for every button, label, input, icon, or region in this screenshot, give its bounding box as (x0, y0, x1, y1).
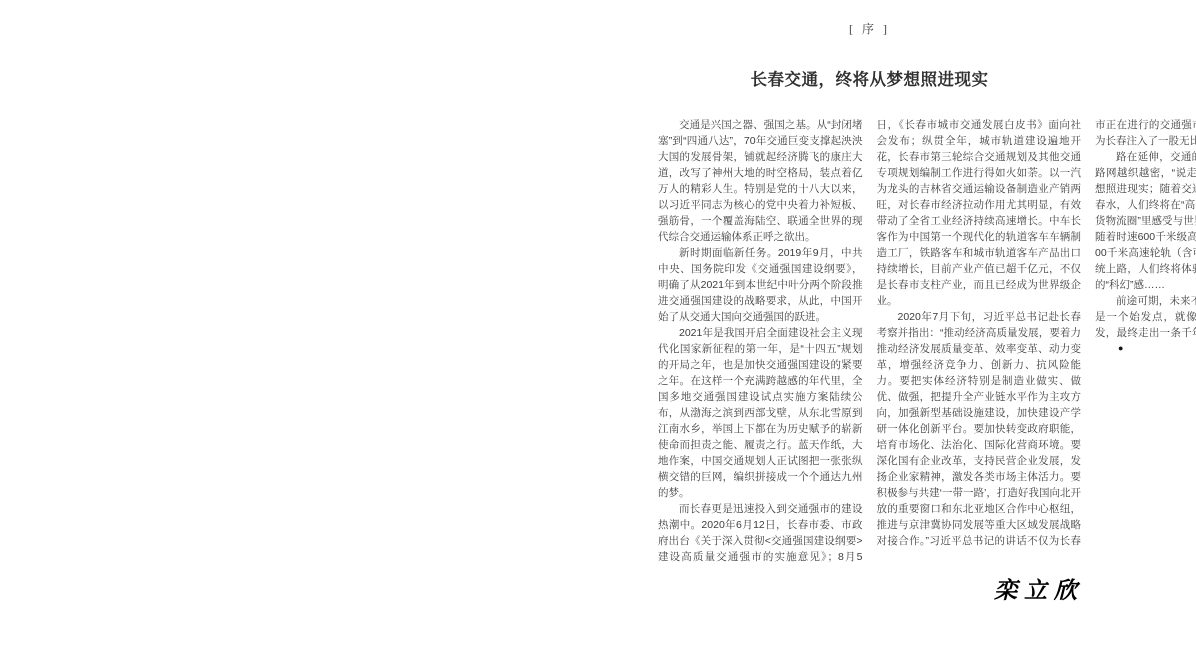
preface-document: [ 序 ] 长春交通，终将从梦想照进现实 交通是兴国之器、强国之基。从“封闭堵塞… (658, 20, 1081, 567)
body-text-columns: 交通是兴国之器、强国之基。从“封闭堵塞”到“四通八达”，70年交通巨变支撑起泱泱… (658, 117, 1081, 567)
author-signature: 栾立欣 (994, 572, 1084, 605)
body-paragraph: 前途可期，未来不远，脚下的2021年只是一个始发点，就像当年，张骞从长安出发，最… (1095, 293, 1196, 357)
body-paragraph: 2021年是我国开启全面建设社会主义现代化国家新征程的第一年，是“十四五”规划的… (658, 325, 863, 501)
preface-section-label: [ 序 ] (658, 20, 1081, 37)
end-of-article-mark-icon: ● (1097, 340, 1123, 356)
book-page: [ 序 ] 长春交通，终将从梦想照进现实 交通是兴国之器、强国之基。从“封闭堵塞… (0, 0, 1196, 656)
body-paragraph: 新时期面临新任务。2019年9月，中共中央、国务院印发《交通强国建设纲要》，明确… (658, 245, 863, 325)
page-title: 长春交通，终将从梦想照进现实 (658, 66, 1081, 90)
body-paragraph: 路在延伸，交通的含义也在延伸。随着路网越织越密，“说走就走的旅行”终将从梦想照进… (1095, 149, 1196, 293)
body-paragraph-text: 前途可期，未来不远，脚下的2021年只是一个始发点，就像当年，张骞从长安出发，最… (1095, 295, 1196, 339)
body-paragraph: 交通是兴国之器、强国之基。从“封闭堵塞”到“四通八达”，70年交通巨变支撑起泱泱… (658, 117, 863, 245)
